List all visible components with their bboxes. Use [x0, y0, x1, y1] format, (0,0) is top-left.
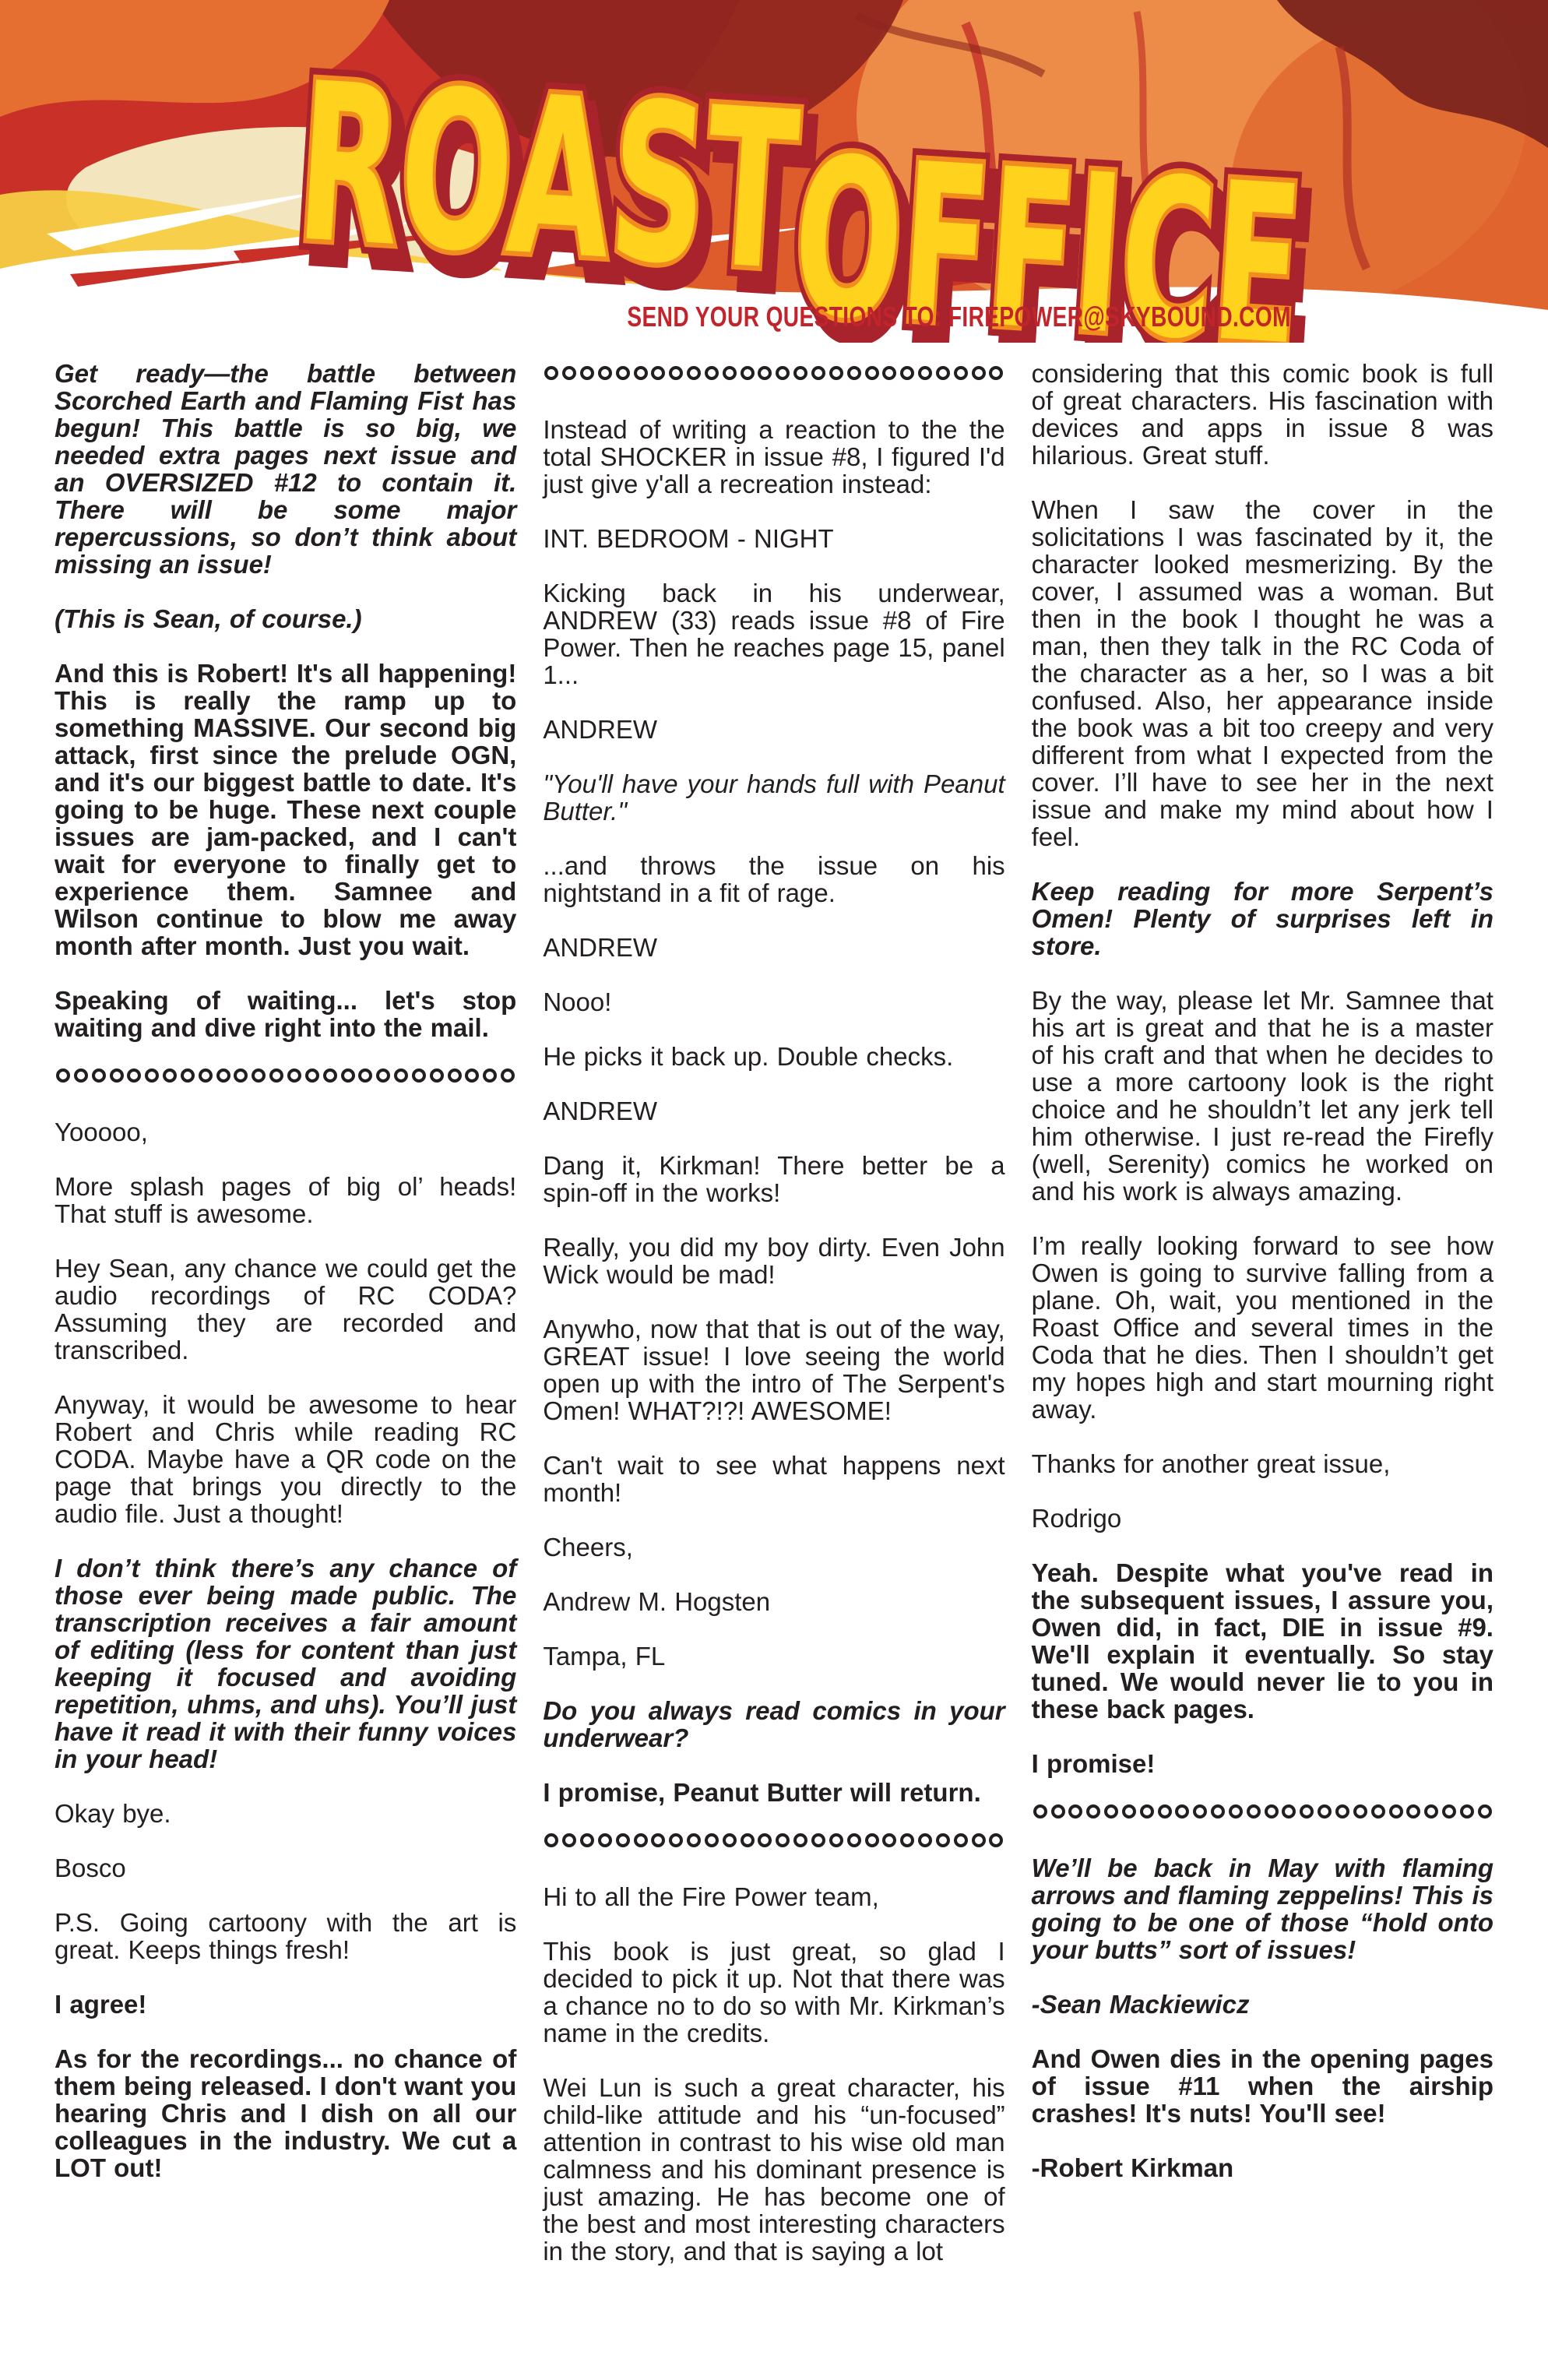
editor-response-sean: Get ready—the battle between Scorched Ea… [55, 360, 516, 578]
divider-circle [92, 1069, 106, 1083]
divider-circle [127, 1069, 141, 1083]
divider-circle [936, 366, 950, 380]
divider-circle [199, 1069, 213, 1083]
divider-circle [74, 1069, 88, 1083]
divider-circle [616, 1833, 630, 1847]
divider-circle [847, 1833, 861, 1847]
letter-paragraph: Cheers, [543, 1533, 1004, 1561]
divider-circle [1460, 1804, 1474, 1818]
divider-circle [1086, 1804, 1100, 1818]
divider-circle [882, 1833, 896, 1847]
letter-paragraph: Tampa, FL [543, 1642, 1004, 1670]
letter-paragraph: Thanks for another great issue, [1032, 1450, 1493, 1477]
divider-circle [580, 366, 594, 380]
divider-circle [1406, 1804, 1420, 1818]
letters-column-1: Get ready—the battle between Scorched Ea… [55, 360, 516, 2292]
divider-circle [358, 1069, 372, 1083]
letter-paragraph: Bosco [55, 1854, 516, 1882]
letter-paragraph: Hi to all the Fire Power team, [543, 1883, 1004, 1910]
letter-divider [56, 1069, 515, 1083]
divider-circle [847, 366, 861, 380]
divider-circle [954, 366, 968, 380]
divider-circle [287, 1069, 301, 1083]
editor-response-sean: -Sean Mackiewicz [1032, 1991, 1493, 2018]
editor-response-robert: I agree! [55, 1991, 516, 2018]
editor-response-robert: -Robert Kirkman [1032, 2154, 1493, 2181]
divider-circle [669, 366, 683, 380]
divider-circle [544, 1833, 558, 1847]
divider-circle [741, 366, 755, 380]
screenplay-scene-heading: INT. BEDROOM - NIGHT [543, 525, 1004, 552]
divider-circle [1247, 1804, 1261, 1818]
divider-circle [669, 1833, 683, 1847]
divider-circle [741, 1833, 755, 1847]
letter-divider [1033, 1804, 1492, 1818]
letter-paragraph: I’m really looking forward to see how Ow… [1032, 1232, 1493, 1423]
divider-circle [181, 1069, 195, 1083]
divider-circle [1300, 1804, 1314, 1818]
divider-circle [705, 1833, 719, 1847]
divider-circle [269, 1069, 283, 1083]
divider-circle [1478, 1804, 1492, 1818]
roast-office-letters-page: ROAST ROAST ROAST ROAST OFFICE OFFICE OF… [0, 0, 1548, 2380]
divider-circle [758, 1833, 772, 1847]
divider-circle [544, 366, 558, 380]
divider-circle [1353, 1804, 1367, 1818]
divider-circle [723, 1833, 737, 1847]
letter-paragraph: More splash pages of big ol’ heads! That… [55, 1173, 516, 1227]
divider-circle [1033, 1804, 1047, 1818]
divider-circle [776, 1833, 790, 1847]
divider-circle [341, 1069, 355, 1083]
divider-circle [1175, 1804, 1189, 1818]
letter-divider [544, 366, 1003, 380]
letter-divider [544, 1833, 1003, 1847]
divider-circle [687, 366, 701, 380]
masthead-background-art: ROAST ROAST ROAST ROAST OFFICE OFFICE OF… [0, 0, 1548, 343]
divider-circle [1158, 1804, 1172, 1818]
divider-circle [412, 1069, 426, 1083]
divider-circle [918, 1833, 932, 1847]
divider-circle [1424, 1804, 1438, 1818]
divider-circle [1068, 1804, 1082, 1818]
letter-paragraph: Okay bye. [55, 1800, 516, 1827]
divider-circle [865, 366, 879, 380]
divider-circle [394, 1069, 408, 1083]
divider-circle [163, 1069, 177, 1083]
letter-paragraph: Anywho, now that that is out of the way,… [543, 1315, 1004, 1424]
editor-response-robert: I promise, Peanut Butter will return. [543, 1779, 1004, 1806]
letter-paragraph: When I saw the cover in the solicitation… [1032, 496, 1493, 850]
divider-circle [651, 366, 665, 380]
divider-circle [811, 1833, 825, 1847]
divider-circle [972, 366, 986, 380]
editor-response-robert: Speaking of waiting... let's stop waitin… [55, 987, 516, 1041]
editor-response-robert: And Owen dies in the opening pages of is… [1032, 2045, 1493, 2127]
divider-circle [56, 1069, 70, 1083]
screenplay-character-name: ANDREW [543, 716, 1004, 743]
divider-circle [1211, 1804, 1225, 1818]
divider-circle [1318, 1804, 1332, 1818]
divider-circle [598, 366, 612, 380]
contact-email-line: SEND YOUR QUESTIONS TO: FIREPOWER@SKYBOU… [628, 301, 1291, 333]
editor-response-sean: Keep reading for more Serpent’s Omen! Pl… [1032, 878, 1493, 959]
divider-circle [1335, 1804, 1349, 1818]
divider-circle [989, 366, 1003, 380]
divider-circle [758, 366, 772, 380]
letters-column-3: considering that this comic book is full… [1032, 360, 1493, 2292]
letter-paragraph: Yooooo, [55, 1118, 516, 1146]
divider-circle [1282, 1804, 1296, 1818]
editor-response-sean: (This is Sean, of course.) [55, 605, 516, 632]
divider-circle [1389, 1804, 1403, 1818]
divider-circle [651, 1833, 665, 1847]
letter-paragraph: Kicking back in his underwear, ANDREW (3… [543, 579, 1004, 688]
screenplay-dialogue: Dang it, Kirkman! There better be a spin… [543, 1152, 1004, 1206]
divider-circle [110, 1069, 124, 1083]
divider-circle [829, 1833, 843, 1847]
divider-circle [1371, 1804, 1385, 1818]
screenplay-character-name: ANDREW [543, 1097, 1004, 1125]
letters-column-2: Instead of writing a reaction to the the… [543, 360, 1004, 2292]
divider-circle [705, 366, 719, 380]
letter-paragraph: Rodrigo [1032, 1505, 1493, 1532]
divider-circle [793, 366, 807, 380]
divider-circle [145, 1069, 159, 1083]
divider-circle [776, 366, 790, 380]
editor-response-robert: And this is Robert! It's all happening! … [55, 660, 516, 959]
divider-circle [918, 366, 932, 380]
divider-circle [598, 1833, 612, 1847]
divider-circle [900, 1833, 914, 1847]
masthead: ROAST ROAST ROAST ROAST OFFICE OFFICE OF… [0, 0, 1548, 343]
divider-circle [634, 366, 648, 380]
divider-circle [216, 1069, 230, 1083]
divider-circle [1265, 1804, 1279, 1818]
divider-circle [430, 1069, 444, 1083]
editor-response-sean: Do you always read comics in your underw… [543, 1697, 1004, 1752]
divider-circle [972, 1833, 986, 1847]
divider-circle [829, 366, 843, 380]
divider-circle [1229, 1804, 1243, 1818]
divider-circle [465, 1069, 479, 1083]
letter-paragraph: Instead of writing a reaction to the the… [543, 416, 1004, 498]
letter-paragraph: considering that this comic book is full… [1032, 360, 1493, 469]
divider-circle [234, 1069, 248, 1083]
divider-circle [483, 1069, 497, 1083]
divider-circle [882, 366, 896, 380]
letter-paragraph: Really, you did my boy dirty. Even John … [543, 1234, 1004, 1288]
divider-circle [580, 1833, 594, 1847]
letter-paragraph: ...and throws the issue on his nightstan… [543, 852, 1004, 907]
divider-circle [501, 1069, 515, 1083]
letter-paragraph: He picks it back up. Double checks. [543, 1043, 1004, 1070]
divider-circle [448, 1069, 462, 1083]
letter-paragraph: This book is just great, so glad I decid… [543, 1938, 1004, 2047]
divider-circle [865, 1833, 879, 1847]
divider-circle [936, 1833, 950, 1847]
divider-circle [1193, 1804, 1207, 1818]
editor-response-robert: I promise! [1032, 1750, 1493, 1777]
divider-circle [793, 1833, 807, 1847]
letter-paragraph: P.S. Going cartoony with the art is grea… [55, 1909, 516, 1963]
screenplay-dialogue: Nooo! [543, 988, 1004, 1016]
divider-circle [1104, 1804, 1118, 1818]
divider-circle [687, 1833, 701, 1847]
divider-circle [811, 366, 825, 380]
editor-response-sean: We’ll be back in May with flaming arrows… [1032, 1854, 1493, 1963]
letter-paragraph: Anyway, it would be awesome to hear Robe… [55, 1391, 516, 1527]
divider-circle [616, 366, 630, 380]
letters-columns: Get ready—the battle between Scorched Ea… [0, 343, 1548, 2292]
letter-paragraph: Hey Sean, any chance we could get the au… [55, 1255, 516, 1364]
divider-circle [900, 366, 914, 380]
editor-response-robert: As for the recordings... no chance of th… [55, 2045, 516, 2181]
letter-paragraph: By the way, please let Mr. Samnee that h… [1032, 987, 1493, 1205]
divider-circle [723, 366, 737, 380]
divider-circle [562, 366, 576, 380]
letter-paragraph: Andrew M. Hogsten [543, 1588, 1004, 1615]
editor-response-robert: Yeah. Despite what you've read in the su… [1032, 1559, 1493, 1723]
logo-word-roast: ROAST [291, 36, 805, 320]
divider-circle [989, 1833, 1003, 1847]
divider-circle [305, 1069, 319, 1083]
divider-circle [634, 1833, 648, 1847]
divider-circle [1122, 1804, 1136, 1818]
divider-circle [323, 1069, 337, 1083]
screenplay-dialogue-quote: "You'll have your hands full with Peanut… [543, 770, 1004, 825]
divider-circle [252, 1069, 266, 1083]
divider-circle [1140, 1804, 1154, 1818]
divider-circle [1051, 1804, 1065, 1818]
divider-circle [562, 1833, 576, 1847]
screenplay-character-name: ANDREW [543, 934, 1004, 961]
editor-response-sean: I don’t think there’s any chance of thos… [55, 1554, 516, 1773]
letter-paragraph: Wei Lun is such a great character, his c… [543, 2074, 1004, 2265]
divider-circle [954, 1833, 968, 1847]
letter-paragraph: Can't wait to see what happens next mont… [543, 1452, 1004, 1506]
divider-circle [376, 1069, 390, 1083]
divider-circle [1442, 1804, 1456, 1818]
